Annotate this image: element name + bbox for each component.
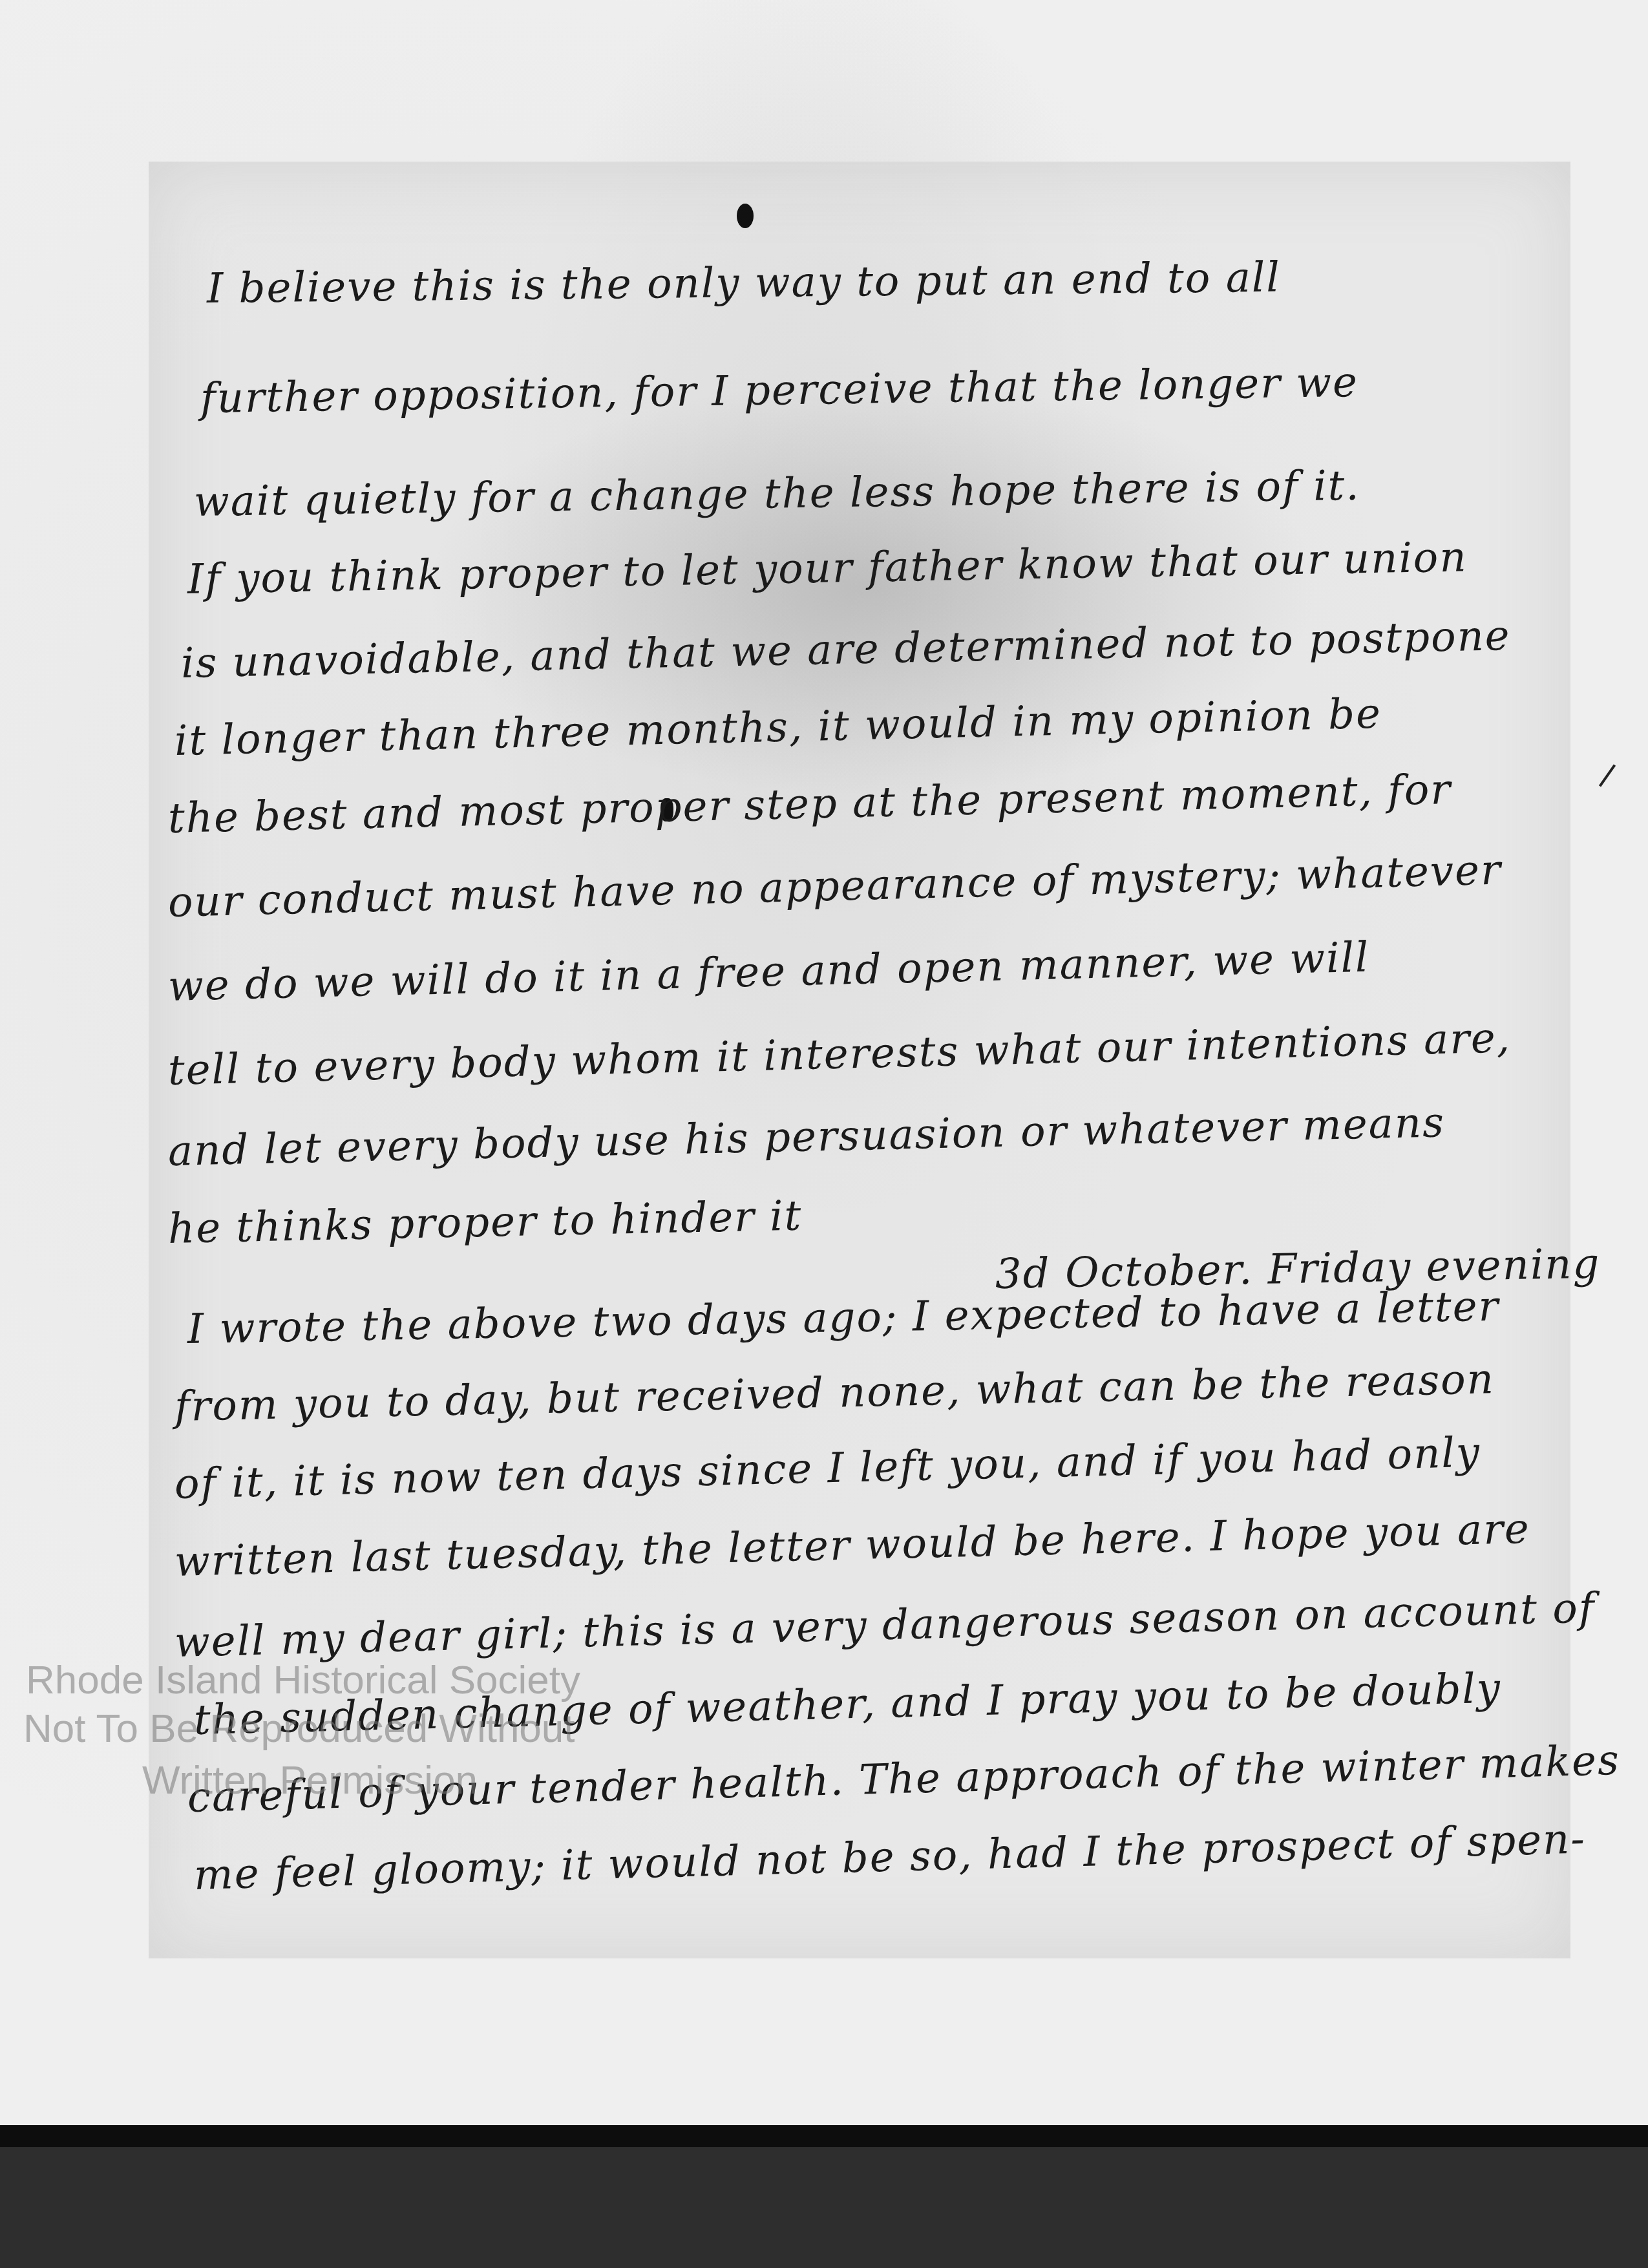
watermark-line-2: Not To Be Reproduced Without (23, 1706, 575, 1752)
scanner-edge (0, 2125, 1648, 2147)
ink-blot-top (737, 204, 754, 228)
watermark-line-1: Rhode Island Historical Society (26, 1658, 580, 1703)
watermark-line-3: Written Permission (142, 1758, 478, 1803)
manuscript-page: I believe this is the only way to put an… (0, 0, 1648, 2125)
scanner-bed (0, 2147, 1648, 2268)
scan-canvas: I believe this is the only way to put an… (0, 0, 1648, 2268)
